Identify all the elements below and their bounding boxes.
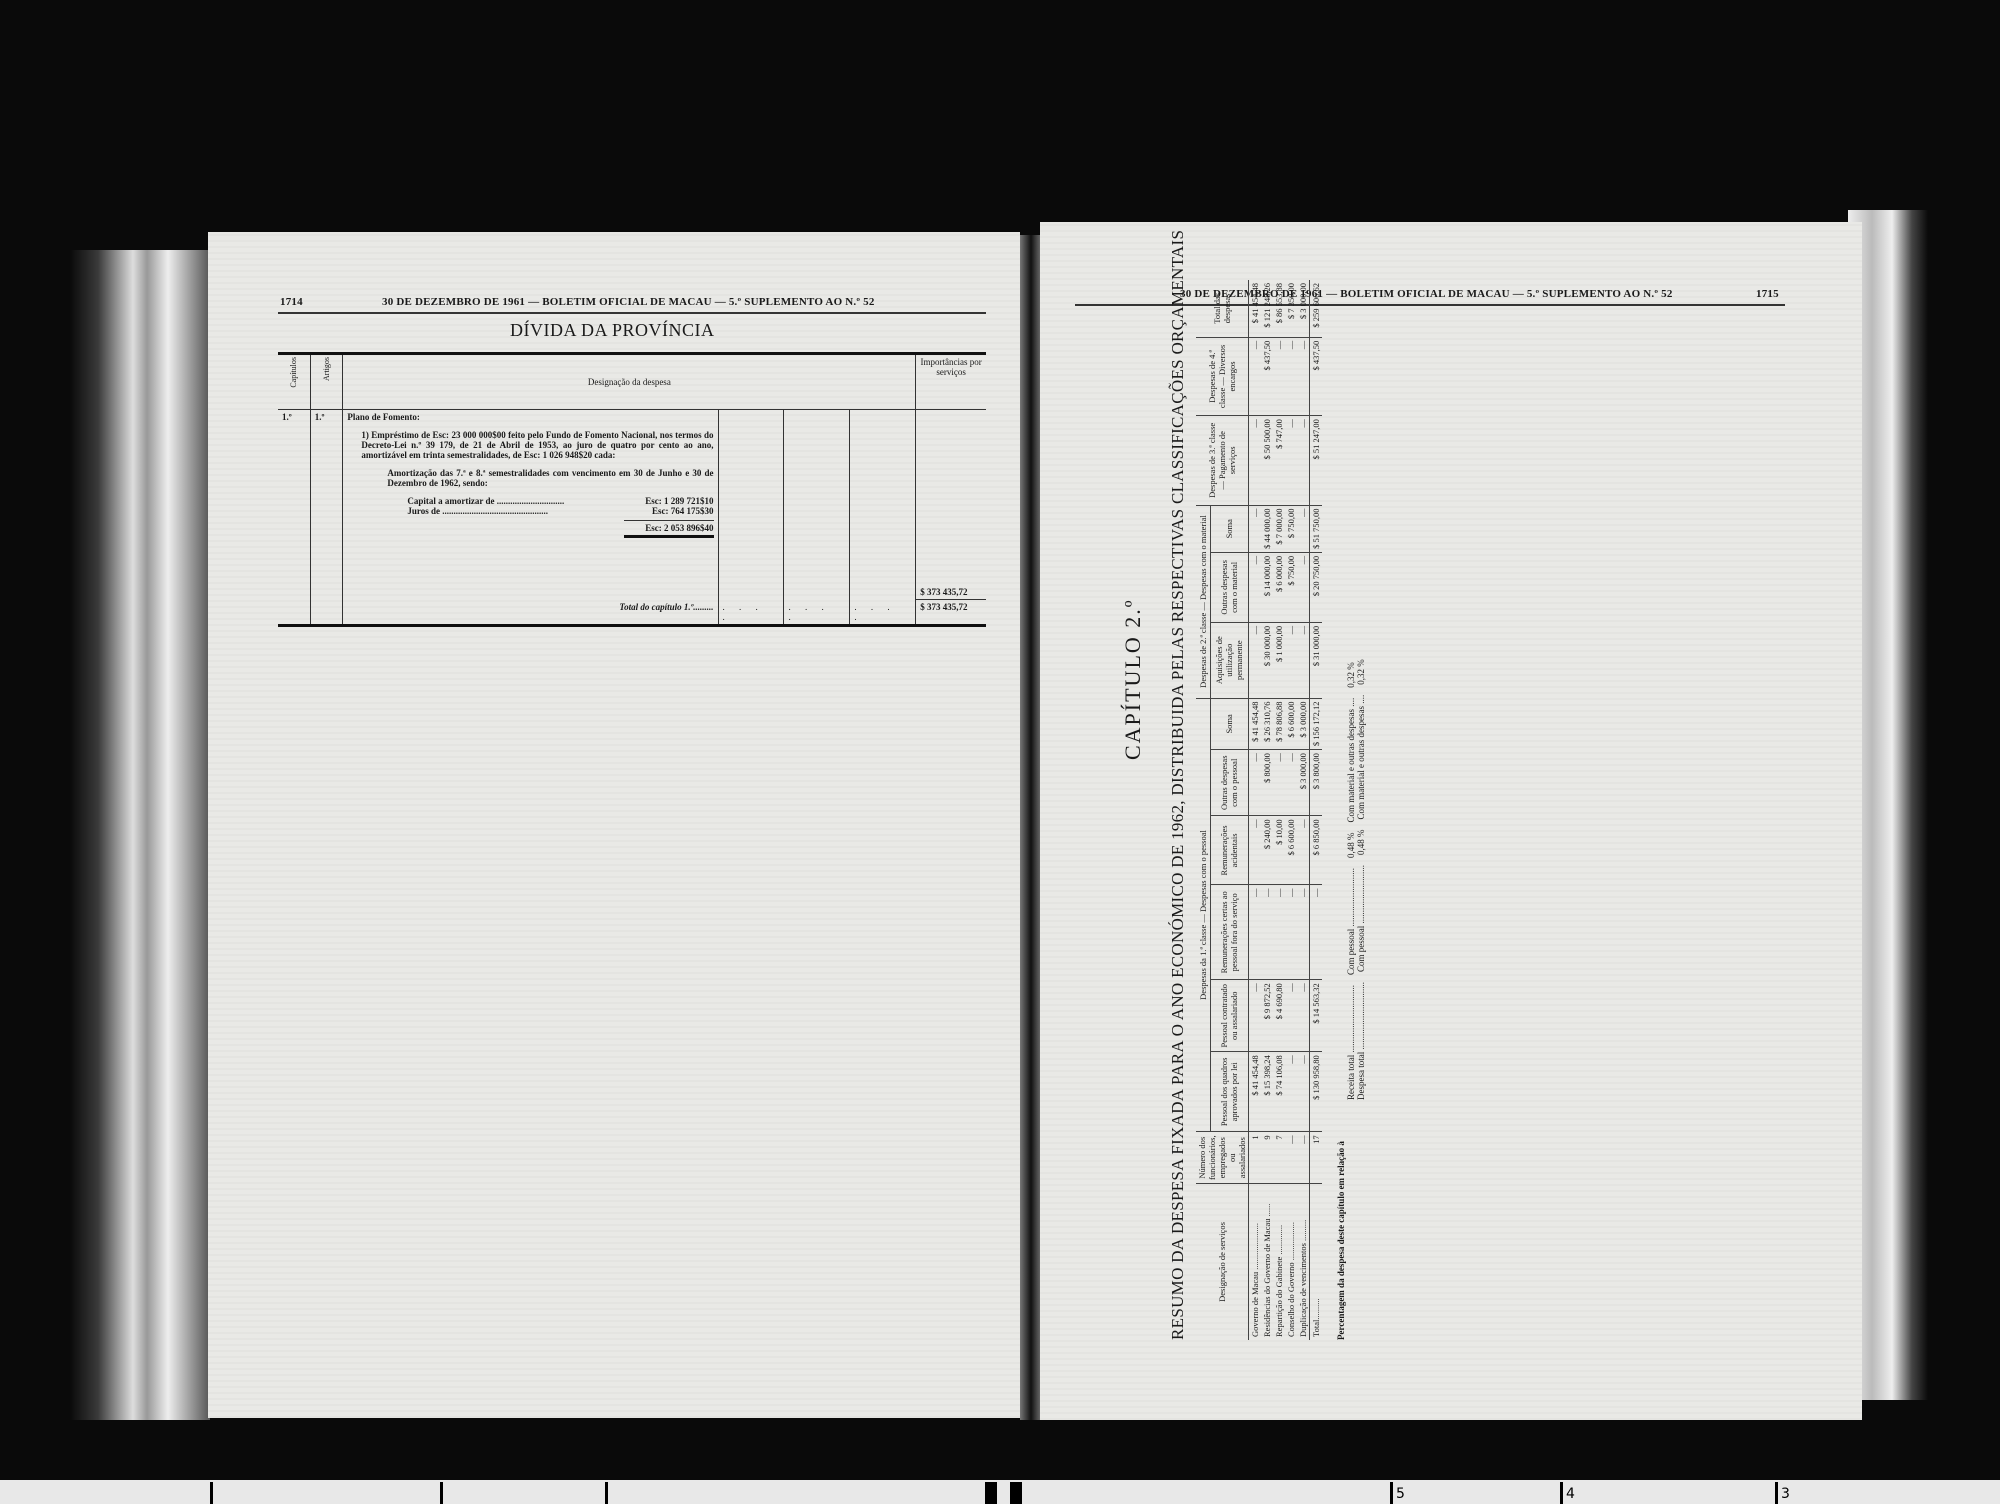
amortization-description: Amortização das 7.ª e 8.ª semestralidade… (387, 468, 713, 488)
totals-row: Total..........17$ 130 958,80$ 14 563,32… (1310, 280, 1323, 1340)
group-class2: Despesas de 2.ª classe — Despesas com o … (1196, 505, 1210, 698)
cell-soma2: $ 44 000,00 (1261, 505, 1273, 552)
frame-label-3: 3 (1781, 1486, 1790, 1502)
loan-description: 1) Empréstimo de Esc: 23 000 000$00 feit… (361, 430, 713, 460)
cell-outras-material: — (1297, 552, 1310, 622)
cell-total: $ 41 454,48 (1249, 280, 1262, 337)
designation-cell: Plano de Fomento: 1) Empréstimo de Esc: … (343, 410, 718, 600)
rotated-summary: RESUMO DA DESPESA FIXADA PARA O ANO ECON… (1168, 260, 1568, 1340)
receita-material-value: 0,32 % (1346, 662, 1356, 688)
interest-label: Juros de ...............................… (407, 506, 548, 516)
cell-count: — (1285, 1132, 1297, 1184)
cell-outras-material: $ 750,00 (1285, 552, 1297, 622)
cell-acidentais: $ 6 600,00 (1285, 816, 1297, 885)
cell-pagamento: — (1249, 416, 1262, 505)
cell-count: 17 (1310, 1132, 1323, 1184)
empty-column-2 (784, 410, 850, 600)
col-quadros: Pessoal dos quadros aprovados por lei (1210, 1052, 1248, 1132)
cell-contratado: $ 4 690,80 (1273, 980, 1285, 1052)
cell-soma2: $ 750,00 (1285, 505, 1297, 552)
cell-soma1: $ 41 454,48 (1249, 698, 1262, 750)
cell-service: Governo de Macau ...................... (1249, 1184, 1262, 1341)
summary-title: RESUMO DA DESPESA FIXADA PARA O ANO ECON… (1168, 260, 1188, 1340)
capital-value: Esc: 1 289 721$10 (645, 496, 713, 506)
cell-contratado: $ 14 563,32 (1310, 980, 1323, 1052)
cell-service: Total.......... (1310, 1184, 1323, 1341)
cell-quadros: $ 41 454,48 (1249, 1052, 1262, 1132)
cell-service: Residências do Governo de Macau ...... (1261, 1184, 1273, 1341)
cell-outras-pessoal: $ 3 000,00 (1297, 750, 1310, 816)
cell-quadros: $ 130 958,80 (1310, 1052, 1323, 1132)
film-strip: 5 4 3 (0, 1480, 2000, 1504)
receita-label: Receita total ..........................… (1346, 985, 1356, 1100)
total-dots-3: . . . . (850, 600, 916, 626)
cell-count: 1 (1249, 1132, 1262, 1184)
cell-soma1: $ 6 600,00 (1285, 698, 1297, 750)
despesa-material-label: Com material e outras despesas .... (1356, 695, 1366, 820)
cell-acidentais: $ 6 850,00 (1310, 816, 1323, 885)
table-row: Governo de Macau ......................1… (1249, 280, 1262, 1340)
right-page-number: 1715 (1756, 288, 1779, 300)
cell-aquisicoes: — (1285, 622, 1297, 698)
cell-pagamento: $ 747,00 (1273, 416, 1285, 505)
cell-outras-material: $ 20 750,00 (1310, 552, 1323, 622)
group-class1: Despesas da 1.ª classe — Despesas com o … (1196, 698, 1210, 1132)
cell-encargos: $ 437,50 (1310, 337, 1323, 415)
cell-quadros: — (1285, 1052, 1297, 1132)
percentages-block: Percentagem da despesa deste capítulo em… (1336, 260, 1366, 1340)
col-amounts: Importâncias por serviços (916, 355, 986, 410)
cell-outras-pessoal: — (1273, 750, 1285, 816)
empty-column-1 (718, 410, 784, 600)
cell-encargos: — (1285, 337, 1297, 415)
center-mark (985, 1482, 997, 1504)
col-fora-servico: Remunerações certas ao pessoal fora do s… (1210, 885, 1248, 980)
group-class3: Despesas de 3.ª classe — Pagamento de se… (1196, 416, 1249, 505)
head-rule (278, 312, 986, 314)
plan-heading: Plano de Fomento: (347, 412, 713, 422)
table-row: Residências do Governo de Macau ......9$… (1261, 280, 1273, 1340)
cell-contratado: — (1297, 980, 1310, 1052)
frame-mark (1390, 1482, 1393, 1504)
table-row: Repartição do Gabinete ..............7$ … (1273, 280, 1285, 1340)
col-staff-count: Número dos funcionários, empregados ou a… (1196, 1132, 1249, 1184)
interest-value: Esc: 764 175$30 (652, 506, 714, 516)
chapter-heading: CAPÍTULO 2.º (1120, 598, 1146, 760)
cell-count: — (1297, 1132, 1310, 1184)
frame-mark (210, 1482, 213, 1504)
cell-fora: — (1249, 885, 1262, 980)
cell-count: 7 (1273, 1132, 1285, 1184)
cell-pagamento: $ 51 247,00 (1310, 416, 1323, 505)
cell-soma1: $ 156 172,12 (1310, 698, 1323, 750)
despesa-pessoal-value: 0,48 % (1356, 830, 1366, 856)
cell-outras-material: $ 6 000,00 (1273, 552, 1285, 622)
cell-total: $ 121 248,26 (1261, 280, 1273, 337)
cell-aquisicoes: $ 30 000,00 (1261, 622, 1273, 698)
cell-contratado: — (1249, 980, 1262, 1052)
despesa-material-value: 0,32 % (1356, 659, 1366, 685)
cell-aquisicoes: $ 1 000,00 (1273, 622, 1285, 698)
center-mark (1010, 1482, 1022, 1504)
total-label: Total do capítulo 1.º......... (343, 600, 718, 626)
frame-mark (440, 1482, 443, 1504)
col-acidentais: Remunerações acidentais (1210, 816, 1248, 885)
frame-label-4: 4 (1566, 1486, 1575, 1502)
cell-outras-pessoal: — (1249, 750, 1262, 816)
left-page-title: DÍVIDA DA PROVÍNCIA (510, 320, 715, 341)
subtotal-value: Esc: 2 053 896$40 (624, 520, 714, 538)
cell-soma1: $ 78 806,88 (1273, 698, 1285, 750)
frame-label-5: 5 (1396, 1486, 1405, 1502)
cell-service: Repartição do Gabinete .............. (1273, 1184, 1285, 1341)
col-outras-pessoal: Outras despesas com o pessoal (1210, 750, 1248, 816)
cell-aquisicoes: — (1297, 622, 1310, 698)
col-chapters: Capítulos (278, 355, 310, 410)
col-designation: Designação da despesa (343, 355, 916, 410)
cell-pagamento: $ 50 500,00 (1261, 416, 1273, 505)
cell-fora: — (1310, 885, 1323, 980)
cell-contratado: $ 9 872,52 (1261, 980, 1273, 1052)
cell-encargos: — (1249, 337, 1262, 415)
cell-total: $ 86 553,88 (1273, 280, 1285, 337)
cell-quadros: $ 74 106,08 (1273, 1052, 1285, 1132)
receita-material-label: Com material e outras despesas .... (1346, 698, 1356, 823)
cell-pagamento: — (1285, 416, 1297, 505)
despesa-pessoal-label: Com pessoal .......................... (1356, 865, 1366, 972)
despesa-label: Despesa total ..........................… (1356, 982, 1366, 1100)
cell-soma2: $ 51 750,00 (1310, 505, 1323, 552)
cell-soma1: $ 3 000,00 (1297, 698, 1310, 750)
book-gutter (1020, 235, 1042, 1420)
receita-pessoal-value: 0,48 % (1346, 833, 1356, 859)
cell-outras-pessoal: — (1285, 750, 1297, 816)
percent-intro: Percentagem da despesa deste capítulo em… (1336, 260, 1346, 1340)
cell-pagamento: — (1297, 416, 1310, 505)
empty-column-3 (850, 410, 916, 600)
cell-fora: — (1273, 885, 1285, 980)
cell-outras-material: $ 14 000,00 (1261, 552, 1273, 622)
cell-total: $ 7 350,00 (1285, 280, 1297, 337)
cell-encargos: $ 437,50 (1261, 337, 1273, 415)
cell-soma2: — (1249, 505, 1262, 552)
receita-pessoal-label: Com pessoal .......................... (1346, 868, 1356, 975)
col-outras-material: Outras despesas com o material (1210, 552, 1248, 622)
cell-outras-pessoal: $ 800,00 (1261, 750, 1273, 816)
cell-fora: — (1285, 885, 1297, 980)
cell-acidentais: $ 240,00 (1261, 816, 1273, 885)
cell-fora: — (1297, 885, 1310, 980)
frame-mark (1560, 1482, 1563, 1504)
cell-outras-material: — (1249, 552, 1262, 622)
total-dots-2: . . . . (784, 600, 850, 626)
cell-acidentais: $ 10,00 (1273, 816, 1285, 885)
cell-encargos: — (1273, 337, 1285, 415)
cell-soma2: $ 7 000,00 (1273, 505, 1285, 552)
col-total: Total das despesas (1196, 280, 1249, 337)
cell-contratado: — (1285, 980, 1297, 1052)
cell-soma1: $ 26 310,76 (1261, 698, 1273, 750)
col-aquisicoes: Aquisições de utilização permanente (1210, 622, 1248, 698)
col-service: Designação de serviços (1196, 1184, 1249, 1341)
cell-outras-pessoal: $ 3 800,00 (1310, 750, 1323, 816)
capital-label: Capital a amortizar de .................… (407, 496, 564, 506)
col-articles: Artigos (310, 355, 343, 410)
cell-acidentais: — (1249, 816, 1262, 885)
summary-table: Designação de serviços Número dos funcio… (1196, 280, 1322, 1340)
cell-soma2: — (1297, 505, 1310, 552)
col-contratado: Pessoal contratado ou assalariado (1210, 980, 1248, 1052)
cell-encargos: — (1297, 337, 1310, 415)
total-dots-1: . . . . (718, 600, 784, 626)
table-row: Conselho do Governo ..................——… (1285, 280, 1297, 1340)
col-soma-material: Soma (1210, 505, 1248, 552)
cell-aquisicoes: — (1249, 622, 1262, 698)
frame-mark (1775, 1482, 1778, 1504)
cell-count: 9 (1261, 1132, 1273, 1184)
group-class4: Despesas de 4.ª classe — Diversos encarg… (1196, 337, 1249, 415)
cell-acidentais: — (1297, 816, 1310, 885)
cell-total: $ 3 000,00 (1297, 280, 1310, 337)
cell-quadros: $ 15 398,24 (1261, 1052, 1273, 1132)
col-soma-pessoal: Soma (1210, 698, 1248, 750)
cell-service: Duplicação de vencimentos .......... (1297, 1184, 1310, 1341)
cell-total: $ 259 606,62 (1310, 280, 1323, 337)
debt-table: Capítulos Artigos Designação da despesa … (278, 355, 986, 627)
cell-aquisicoes: $ 31 000,00 (1310, 622, 1323, 698)
chapter-cell: 1.º (278, 410, 310, 600)
book-edge-left (70, 250, 210, 1420)
left-page-number: 1714 (280, 296, 303, 308)
article-cell: 1.º (310, 410, 343, 600)
left-running-head: 30 DE DEZEMBRO DE 1961 — BOLETIM OFICIAL… (382, 296, 875, 308)
item-amount: $ 373 435,72 (916, 410, 986, 600)
cell-fora: — (1261, 885, 1273, 980)
frame-mark (605, 1482, 608, 1504)
table-row: Duplicação de vencimentos ..........————… (1297, 280, 1310, 1340)
cell-quadros: — (1297, 1052, 1310, 1132)
chapter-total: $ 373 435,72 (916, 600, 986, 626)
cell-service: Conselho do Governo .................. (1285, 1184, 1297, 1341)
